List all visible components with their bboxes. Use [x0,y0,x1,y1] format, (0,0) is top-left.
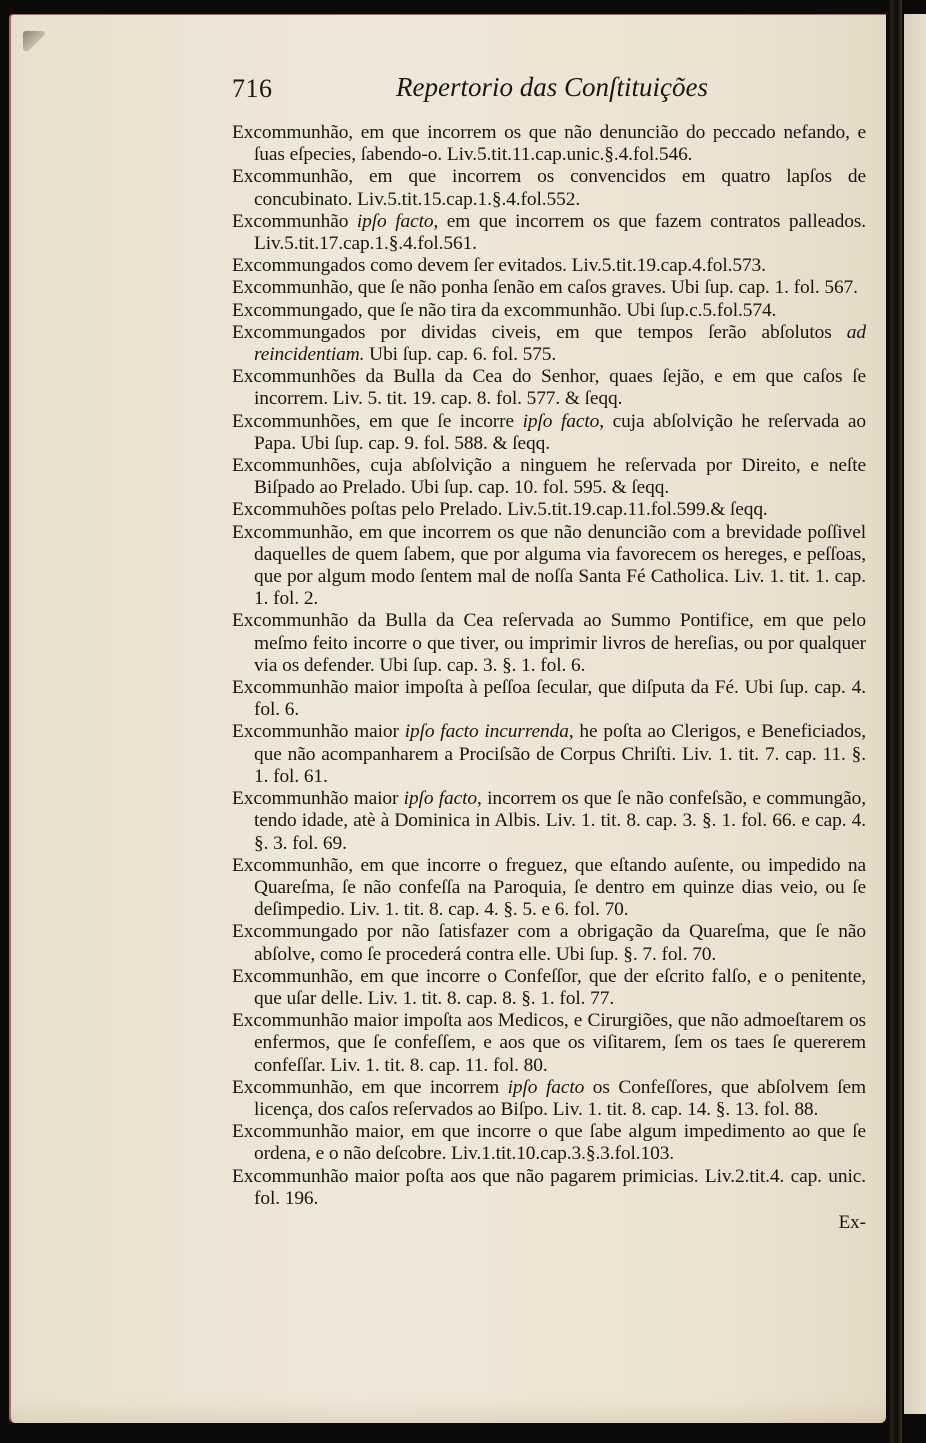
catchword: Ex- [232,1212,866,1234]
running-head: 716 Repertorio das Conſtituições [232,72,866,122]
entry-italic-text: ipſo facto incurrenda [405,721,569,742]
index-entry: Excommunhão maior ipſo facto, incorrem o… [232,788,866,855]
index-entry: Excommunhão da Bulla da Cea reſervada ao… [232,610,866,677]
index-entry: Excommunhão maior ipſo facto incurrenda,… [232,721,866,788]
index-entry: Excommunhão, em que incorre o Confeſſor,… [232,966,866,1010]
entry-text: Excommunhão, em que incorrem os que não … [232,522,866,610]
entry-text: Excommungados como devem ſer evitados. L… [232,255,766,276]
entry-text: Excommungado por não ſatisfazer com a ob… [232,921,866,964]
index-entry: Excommunhão, em que incorre o freguez, q… [232,855,866,922]
index-entry: Excommunhão ipſo facto, em que incorrem … [232,211,866,255]
index-entry: Excommunhão, em que incorrem os que não … [232,122,866,166]
corner-fold [23,31,45,51]
entry-text: Excommunhão maior poſta aos que não paga… [232,1166,866,1209]
index-entry: Excommunhão, em que incorrem os que não … [232,522,866,611]
index-entry: Excommunhão maior poſta aos que não paga… [232,1166,866,1210]
entry-italic-text: ipſo facto [404,788,477,809]
entry-text: Excommunhão [232,211,357,232]
entry-list: Excommunhão, em que incorrem os que não … [232,122,866,1210]
entry-text: Excommunhão, em que incorre o Confeſſor,… [232,966,866,1009]
entry-text: Excommungado, que ſe não tira da excommu… [232,300,776,321]
running-title: Repertorio das Conſtituições [396,72,708,103]
entry-text: Excommunhões, cuja abſolvição a ninguem … [232,455,866,498]
entry-text: Excommunhão maior impoſta aos Medicos, e… [232,1010,866,1075]
entry-text: Excommunhão da Bulla da Cea reſervada ao… [232,610,866,675]
entry-text: Excommungados por dividas civeis, em que… [232,322,847,343]
entry-text: Excommunhão, em que incorre o freguez, q… [232,855,866,920]
index-entry: Excommunhões da Bulla da Cea do Senhor, … [232,366,866,410]
entry-text: Excommunhão maior [232,721,405,742]
index-entry: Excommunhão, que ſe não ponha ſenão em c… [232,277,866,299]
entry-italic-text: ipſo facto [357,211,434,232]
index-entry: Excommunhão, em que incorrem os convenci… [232,166,866,210]
entry-italic-text: ipſo facto [523,411,600,432]
entry-text: Excommuhões poſtas pelo Prelado. Liv.5.t… [232,499,768,520]
book-gutter [890,0,902,1443]
index-entry: Excommungados por dividas civeis, em que… [232,322,866,366]
facing-page-edge [904,14,926,1414]
index-entry: Excommunhão maior impoſta aos Medicos, e… [232,1010,866,1077]
index-entry: Excommunhão maior impoſta à peſſoa ſecul… [232,677,866,721]
index-entry: Excommungado, que ſe não tira da excommu… [232,300,866,322]
entry-text: Excommunhão, em que incorrem [232,1077,508,1098]
entry-text: Excommunhão maior impoſta à peſſoa ſecul… [232,677,866,720]
entry-text: Excommunhões da Bulla da Cea do Senhor, … [232,366,866,409]
page-number: 716 [232,74,273,104]
entry-text-continued: Ubi ſup. cap. 6. fol. 575. [364,344,556,365]
entry-italic-text: ipſo facto [508,1077,585,1098]
entry-text: Excommunhão, que ſe não ponha ſenão em c… [232,277,858,298]
index-entry: Excommunhão maior, em que incorre o que … [232,1121,866,1165]
page-content: 716 Repertorio das Conſtituições Excommu… [232,72,866,1234]
entry-text: Excommunhão maior, em que incorre o que … [232,1121,866,1164]
entry-text: Excommunhões, em que ſe incorre [232,411,523,432]
index-entry: Excommunhões, em que ſe incorre ipſo fac… [232,411,866,455]
index-entry: Excommunhões, cuja abſolvição a ninguem … [232,455,866,499]
index-entry: Excommungado por não ſatisfazer com a ob… [232,921,866,965]
index-entry: Excommuhões poſtas pelo Prelado. Liv.5.t… [232,499,866,521]
entry-text: Excommunhão maior [232,788,404,809]
index-entry: Excommunhão, em que incorrem ipſo facto … [232,1077,866,1121]
index-entry: Excommungados como devem ſer evitados. L… [232,255,866,277]
entry-text: Excommunhão, em que incorrem os convenci… [232,166,866,209]
entry-text: Excommunhão, em que incorrem os que não … [232,122,866,165]
